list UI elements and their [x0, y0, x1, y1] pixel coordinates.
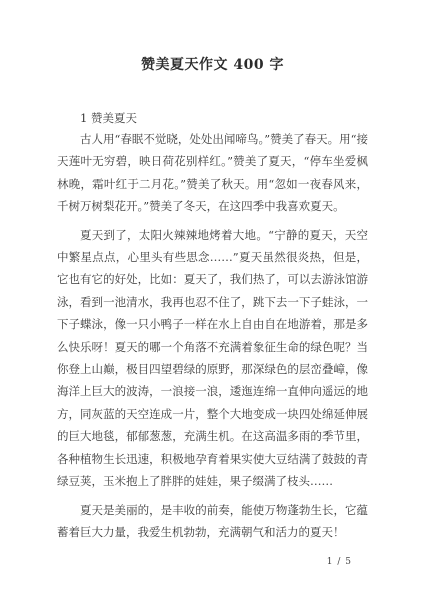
- paragraph: 夏天是美丽的，是丰收的前奏，能使万物蓬勃生长，它蕴蓄着巨大力量，我爱生机勃勃，充…: [57, 499, 368, 544]
- page-number: 1 / 5: [327, 557, 352, 567]
- document-body: 古人用“春眠不觉晓，处处出闻啼鸟。”赞美了春天。用“接天莲叶无穷碧，映日荷花别样…: [57, 128, 368, 543]
- paragraph: 古人用“春眠不觉晓，处处出闻啼鸟。”赞美了春天。用“接天莲叶无穷碧，映日荷花别样…: [57, 128, 368, 218]
- document-page: 赞美夏天作文 400 字 1 赞美夏天 古人用“春眠不觉晓，处处出闻啼鸟。”赞美…: [0, 0, 424, 600]
- document-title: 赞美夏天作文 400 字: [57, 56, 368, 74]
- paragraph: 夏天到了，太阳火辣辣地烤着大地。“宁静的夏天，天空中繁星点点，心里头有些思念………: [57, 224, 368, 493]
- section-heading: 1 赞美夏天: [57, 110, 368, 126]
